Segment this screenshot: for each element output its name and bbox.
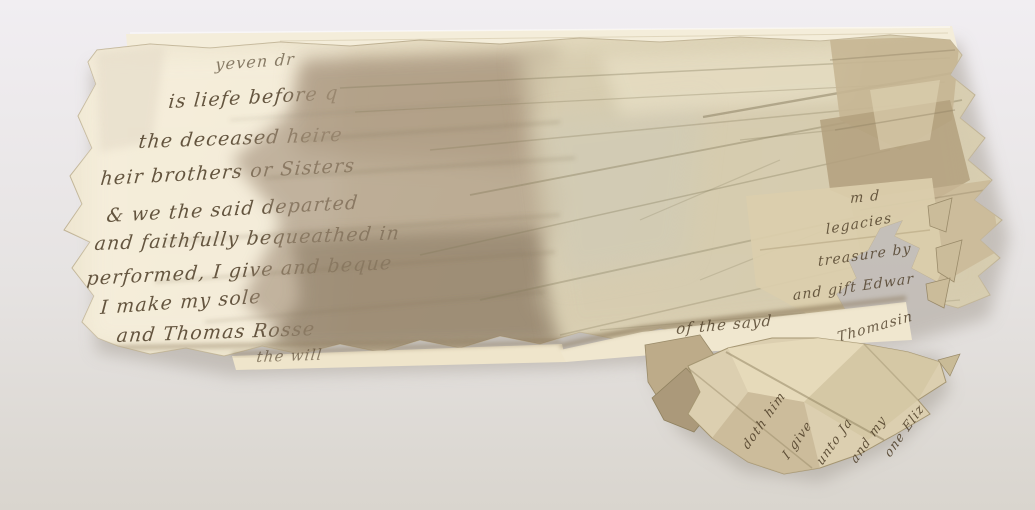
pale-grey-patch — [540, 100, 705, 282]
handwriting-line: the will — [256, 346, 324, 366]
handwriting-line: m d — [850, 188, 881, 207]
photo-canvas: yeven dr is liefe before q the deceased … — [0, 0, 1035, 510]
water-stain-dark-core — [262, 228, 565, 352]
manuscript-photograph: yeven dr is liefe before q the deceased … — [0, 0, 1035, 510]
